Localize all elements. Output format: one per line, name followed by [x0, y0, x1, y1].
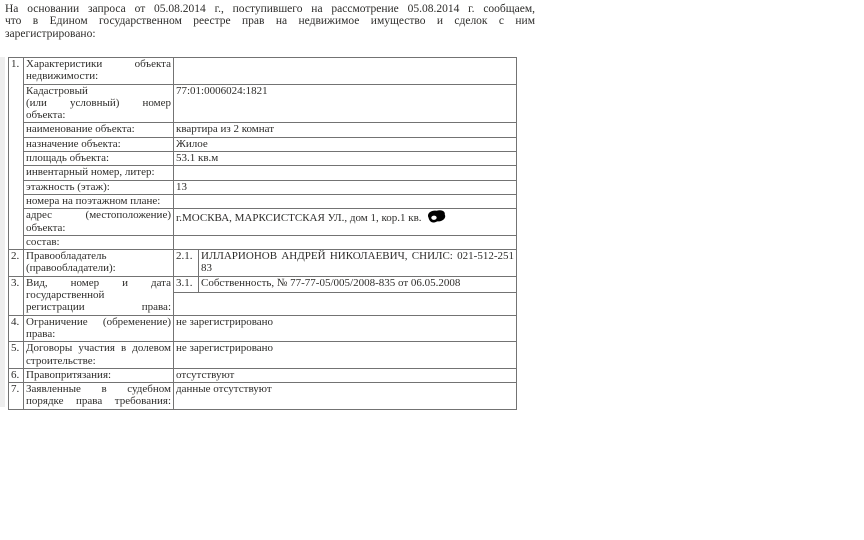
value-shared-construction: не зарегистрировано [174, 342, 517, 369]
label-object-characteristics: Характеристики объекта недвижимости: [24, 58, 174, 85]
table-row: наименование объекта: квартира из 2 комн… [9, 123, 517, 137]
table-row: инвентарный номер, литер: [9, 166, 517, 180]
intro-paragraph: На основании запроса от 05.08.2014 г., п… [5, 3, 535, 40]
table-row: адрес (местоположение) объекта: г.МОСКВА… [9, 209, 517, 236]
table-row: 3. Вид, номер и дата государственной рег… [9, 276, 517, 292]
label-floor: этажность (этаж): [24, 180, 174, 194]
row-number-3: 3. [9, 276, 24, 315]
sub-number-2-1: 2.1. [174, 250, 199, 277]
label-inventory-number: инвентарный номер, литер: [24, 166, 174, 180]
table-row: назначение объекта: Жилое [9, 137, 517, 151]
table-row: этажность (этаж): 13 [9, 180, 517, 194]
scan-edge-shadow [0, 57, 5, 407]
row-number-5: 5. [9, 342, 24, 369]
value-encumbrance: не зарегистрировано [174, 315, 517, 342]
row-number-7: 7. [9, 383, 24, 410]
value-floor-plan-numbers [174, 194, 517, 208]
value-object-address: г.МОСКВА, МАРКСИСТСКАЯ УЛ., дом 1, кор.1… [174, 209, 517, 236]
value-court-claims: данные отсутствуют [174, 383, 517, 410]
empty-sub-cell [174, 292, 517, 315]
row-number-1: 1. [9, 58, 24, 250]
label-composition: состав: [24, 235, 174, 249]
table-row: 2. Правообладатель (правообладатели): 2.… [9, 250, 517, 277]
value-floor: 13 [174, 180, 517, 194]
row-number-6: 6. [9, 368, 24, 382]
label-rightsholder: Правообладатель (правообладатели): [24, 250, 174, 277]
value-object-name: квартира из 2 комнат [174, 123, 517, 137]
row-number-4: 4. [9, 315, 24, 342]
label-object-name: наименование объекта: [24, 123, 174, 137]
table-row: 7. Заявленные в судебном порядке права т… [9, 383, 517, 410]
address-text: г.МОСКВА, МАРКСИСТСКАЯ УЛ., дом 1, кор.1… [176, 212, 422, 224]
label-shared-construction: Договоры участия в долевом строительстве… [24, 342, 174, 369]
scanned-document-page: На основании запроса от 05.08.2014 г., п… [0, 0, 864, 540]
value-cadastral-number: 77:01:0006024:1821 [174, 84, 517, 123]
table-row: 1. Характеристики объекта недвижимости: [9, 58, 517, 85]
value-registration-type: Собственность, № 77-77-05/005/2008-835 о… [199, 276, 517, 292]
table-row: состав: [9, 235, 517, 249]
label-object-address: адрес (местоположение) объекта: [24, 209, 174, 236]
sub-number-3-1: 3.1. [174, 276, 199, 292]
row-number-2: 2. [9, 250, 24, 277]
value-object-purpose: Жилое [174, 137, 517, 151]
label-registration-type: Вид, номер и дата государственной регист… [24, 276, 174, 315]
table-row: 5. Договоры участия в долевом строительс… [9, 342, 517, 369]
label-court-claims: Заявленные в судебном порядке права треб… [24, 383, 174, 410]
table-row: номера на поэтажном плане: [9, 194, 517, 208]
label-cadastral-number: Кадастровый (или условный) номер объекта… [24, 84, 174, 123]
value-composition [174, 235, 517, 249]
value-rightsholder: ИЛЛАРИОНОВ АНДРЕЙ НИКОЛАЕВИЧ, СНИЛС: 021… [199, 250, 517, 277]
egrp-register-table: 1. Характеристики объекта недвижимости: … [8, 57, 517, 410]
table-row: Кадастровый (или условный) номер объекта… [9, 84, 517, 123]
value-legal-claims: отсутствуют [174, 368, 517, 382]
label-legal-claims: Правопритязания: [24, 368, 174, 382]
label-encumbrance: Ограничение (обременение) права: [24, 315, 174, 342]
label-object-purpose: назначение объекта: [24, 137, 174, 151]
table-row: площадь объекта: 53.1 кв.м [9, 152, 517, 166]
value-object-characteristics [174, 58, 517, 85]
label-object-area: площадь объекта: [24, 152, 174, 166]
table-row: 6. Правопритязания: отсутствуют [9, 368, 517, 382]
redaction-mark [424, 209, 447, 229]
label-floor-plan-numbers: номера на поэтажном плане: [24, 194, 174, 208]
table-row: 4. Ограничение (обременение) права: не з… [9, 315, 517, 342]
value-object-area: 53.1 кв.м [174, 152, 517, 166]
value-inventory-number [174, 166, 517, 180]
